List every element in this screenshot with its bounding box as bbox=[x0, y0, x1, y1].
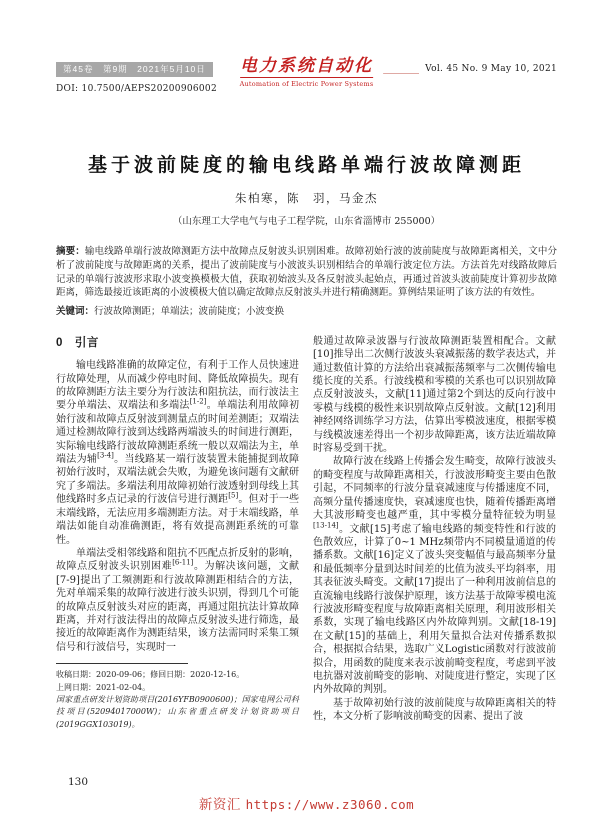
section-number: 0 bbox=[56, 337, 63, 349]
watermark: 新资汇 https://www.z3060.com bbox=[0, 793, 613, 813]
doi-text: DOI: 10.7500/AEPS20200906002 bbox=[56, 84, 217, 94]
issue-info-badge: 第45卷 第9期 2021年5月10日 bbox=[56, 62, 213, 77]
watermark-brand: 新资汇 bbox=[199, 797, 246, 813]
footnote-funding: 国家重点研发计划资助项目(2016YFB0900600)；国家电网公司科技项目(… bbox=[56, 694, 299, 731]
keywords-label: 关键词： bbox=[56, 306, 94, 317]
watermark-link[interactable]: https://www.z3060.com bbox=[246, 797, 415, 812]
footnote-online: 上网日期：2021-02-04。 bbox=[56, 682, 299, 694]
journal-title-cn: 电力系统自动化 bbox=[240, 57, 374, 76]
citation-ref: [3-4] bbox=[97, 452, 114, 460]
citation-ref: [13-14] bbox=[313, 521, 339, 529]
paper-page: 第45卷 第9期 2021年5月10日 DOI: 10.7500/AEPS202… bbox=[0, 0, 613, 825]
journal-header: 第45卷 第9期 2021年5月10日 DOI: 10.7500/AEPS202… bbox=[56, 60, 557, 106]
keywords-block: 关键词：行波故障测距；单端法；波前陡度；小波变换 bbox=[56, 305, 557, 319]
body-columns: 0引言 输电线路准确的故障定位，有利于工作人员快速进行故障处理，从而减少停电时间… bbox=[56, 335, 557, 731]
footnote-block: 收稿日期：2020-09-06；修回日期：2020-12-16。 上网日期：20… bbox=[56, 663, 299, 731]
journal-logo: 电力系统自动化 Automation of Electric Power Sys… bbox=[230, 57, 384, 88]
affiliation: （山东理工大学电气与电子工程学院，山东省淄博市 255000） bbox=[56, 213, 557, 227]
article-title: 基于波前陡度的输电线路单端行波故障测距 bbox=[56, 150, 557, 177]
body-paragraph: 基于故障初始行波的波前陡度与故障距离相关的特性，本文分析了影响波前畸变的因素、提… bbox=[313, 697, 556, 724]
section-title: 引言 bbox=[75, 337, 99, 349]
section-heading: 0引言 bbox=[56, 337, 299, 350]
page-number: 130 bbox=[68, 776, 88, 788]
footnote-rule bbox=[56, 663, 188, 664]
keywords-text: 行波故障测距；单端法；波前陡度；小波变换 bbox=[94, 306, 284, 317]
body-paragraph: 输电线路准确的故障定位，有利于工作人员快速进行故障处理，从而减少停电时间、降低故… bbox=[56, 359, 299, 547]
body-paragraph: 单端法受相邻线路和阻抗不匹配点折反射的影响，故障点反射波头识别困难[6-11]。… bbox=[56, 547, 299, 654]
abstract-block: 摘要：输电线路单端行波故障测距方法中故障点反射波头识别困难。故障初始行波的波前陡… bbox=[56, 245, 557, 300]
abstract-text: 输电线路单端行波故障测距方法中故障点反射波头识别困难。故障初始行波的波前陡度与故… bbox=[56, 246, 557, 298]
paragraph-text: 故障行波在线路上传播会发生畸变，故障行波波头的畸变程度与故障距离相关，行波波形畸… bbox=[313, 456, 556, 521]
volume-info: Vol. 45 No. 9 May 10, 2021 bbox=[419, 64, 557, 74]
paragraph-text: 。为解决该问题，文献[7-9]提出了工频测距和行波故障测距相结合的方法，先对单端… bbox=[56, 561, 299, 652]
body-paragraph: 故障行波在线路上传播会发生畸变，故障行波波头的畸变程度与故障距离相关，行波波形畸… bbox=[313, 455, 556, 696]
paragraph-text: 般通过故障录波器与行波故障测距装置相配合。文献[10]推导出二次侧行波波头衰减振… bbox=[313, 336, 556, 454]
citation-ref: [6-11] bbox=[172, 559, 193, 567]
citation-ref: [5] bbox=[228, 492, 238, 500]
left-column: 0引言 输电线路准确的故障定位，有利于工作人员快速进行故障处理，从而减少停电时间… bbox=[56, 335, 299, 731]
footnote-received: 收稿日期：2020-09-06；修回日期：2020-12-16。 bbox=[56, 669, 299, 681]
left-column-text: 输电线路准确的故障定位，有利于工作人员快速进行故障处理，从而减少停电时间、降低故… bbox=[56, 359, 299, 654]
body-paragraph: 般通过故障录波器与行波故障测距装置相配合。文献[10]推导出二次侧行波波头衰减振… bbox=[313, 335, 556, 456]
paragraph-text: 基于故障初始行波的波前陡度与故障距离相关的特性，本文分析了影响波前畸变的因素、提… bbox=[313, 698, 556, 722]
authors: 朱柏寒，陈 羽，马金杰 bbox=[56, 190, 557, 206]
abstract-label: 摘要： bbox=[56, 246, 85, 257]
right-column-text: 般通过故障录波器与行波故障测距装置相配合。文献[10]推导出二次侧行波波头衰减振… bbox=[313, 335, 556, 724]
paragraph-text: 。文献[15]考虑了输电线路的频变特性和行波的色散效应，计算了0~1 MHz频带… bbox=[313, 524, 556, 696]
journal-title-en: Automation of Electric Power Systems bbox=[240, 77, 374, 88]
citation-ref: [1-2] bbox=[190, 398, 207, 406]
right-column: 般通过故障录波器与行波故障测距装置相配合。文献[10]推导出二次侧行波波头衰减振… bbox=[313, 335, 556, 731]
